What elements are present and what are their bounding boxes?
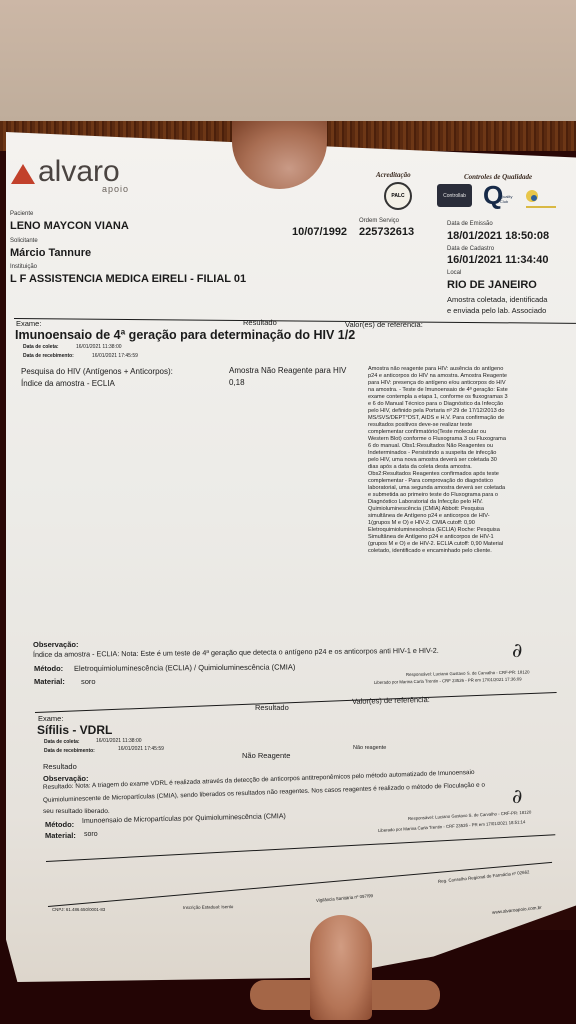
- exam2-result-label: Resultado: [255, 703, 289, 712]
- sample-note-line1: Amostra coletada, identificada: [447, 295, 547, 304]
- accreditation-label: Acreditação: [376, 171, 411, 179]
- sample-index-value: 0,18: [229, 378, 245, 387]
- exam1-material-label: Material:: [34, 677, 65, 686]
- exam1-receive-label: Data de recebimento:: [23, 353, 74, 359]
- order-label: Ordem Serviço: [359, 218, 399, 224]
- requester-label: Solicitante: [10, 238, 38, 244]
- palc-seal-icon: PALC: [384, 182, 412, 210]
- register-date: 16/01/2021 11:34:40: [447, 254, 549, 266]
- local-value: RIO DE JANEIRO: [447, 279, 537, 291]
- patient-label: Paciente: [10, 211, 33, 217]
- hiv-reference-text: Amostra não reagente para HIV: ausência …: [368, 366, 508, 555]
- top-background: [0, 0, 576, 121]
- exam2-material-label: Material:: [45, 831, 76, 840]
- cnpj: CNPJ: 61.486.650/0001-83: [52, 907, 105, 912]
- exam2-collect-label: Data de coleta:: [44, 739, 80, 745]
- exam2-observation-line3: seu resultado liberado.: [43, 808, 110, 815]
- exam2-collect-date: 16/01/2021 11:38:00: [96, 738, 142, 744]
- local-label: Local: [447, 270, 461, 276]
- sample-index-name: Índice da amostra - ECLIA: [21, 379, 115, 388]
- thumb-bottom: [310, 915, 372, 1020]
- exam1-collect-date: 16/01/2021 11:38:00: [76, 344, 122, 350]
- hiv-test-result: Amostra Não Reagente para HIV: [229, 366, 346, 375]
- exam1-result-label: Resultado: [243, 318, 277, 327]
- quality-club-label: QualityClub: [500, 194, 512, 204]
- exam2-title: Sífilis - VDRL: [37, 723, 112, 737]
- signature-icon: ∂: [512, 784, 522, 808]
- exam2-material: soro: [84, 831, 98, 838]
- register-date-label: Data de Cadastro: [447, 246, 494, 252]
- exam1-material: soro: [81, 677, 96, 686]
- alvaro-logo-icon: [11, 164, 35, 184]
- exam1-method: Eletroquimioluminescência (ECLIA) / Quim…: [74, 662, 295, 673]
- exam2-receive-date: 16/01/2021 17:45:59: [118, 746, 164, 752]
- hiv-test-name: Pesquisa do HIV (Antígenos + Anticorpos)…: [21, 367, 173, 376]
- order-number: 225732613: [359, 226, 414, 238]
- patient-name: LENO MAYCON VIANA: [10, 220, 129, 232]
- institution-name: L F ASSISTENCIA MEDICA EIRELI - FILIAL 0…: [10, 273, 246, 285]
- requester-name: Márcio Tannure: [10, 247, 91, 259]
- exam1-method-label: Método:: [34, 664, 63, 673]
- controllab-badge-icon: Controllab: [437, 184, 472, 207]
- exam1-title: Imunoensaio de 4ª geração para determina…: [15, 328, 355, 342]
- exam1-collect-label: Data de coleta:: [23, 344, 59, 350]
- exam1-label: Exame:: [16, 319, 41, 328]
- issue-date-label: Data de Emissão: [447, 221, 493, 227]
- exam2-row-name: Resultado: [43, 762, 77, 771]
- state-registration: Inscrição Estadual: Isento: [183, 904, 233, 910]
- exam1-observation-label: Observação:: [33, 640, 78, 649]
- exam2-reference-value: Não reagente: [353, 745, 386, 751]
- exam1-reference-label: Valor(es) de referência:: [345, 320, 423, 329]
- exam2-label: Exame:: [38, 714, 63, 723]
- exam2-result-value: Não Reagente: [242, 751, 290, 760]
- exam1-receive-date: 16/01/2021 17:45:59: [92, 353, 138, 359]
- exam2-method-label: Método:: [45, 820, 74, 829]
- signature-icon: ∂: [512, 638, 522, 662]
- quality-seal-dot-icon: [531, 195, 537, 201]
- brand-subtitle: apoio: [102, 184, 129, 194]
- birth-date: 10/07/1992: [292, 226, 347, 238]
- issue-date: 18/01/2021 18:50:08: [447, 230, 549, 242]
- institution-label: Instituição: [10, 264, 37, 270]
- quality-seal-bar: [526, 206, 556, 208]
- sample-note-line2: e enviada pelo lab. Associado: [447, 306, 546, 315]
- exam2-receive-label: Data de recebimento:: [44, 748, 95, 754]
